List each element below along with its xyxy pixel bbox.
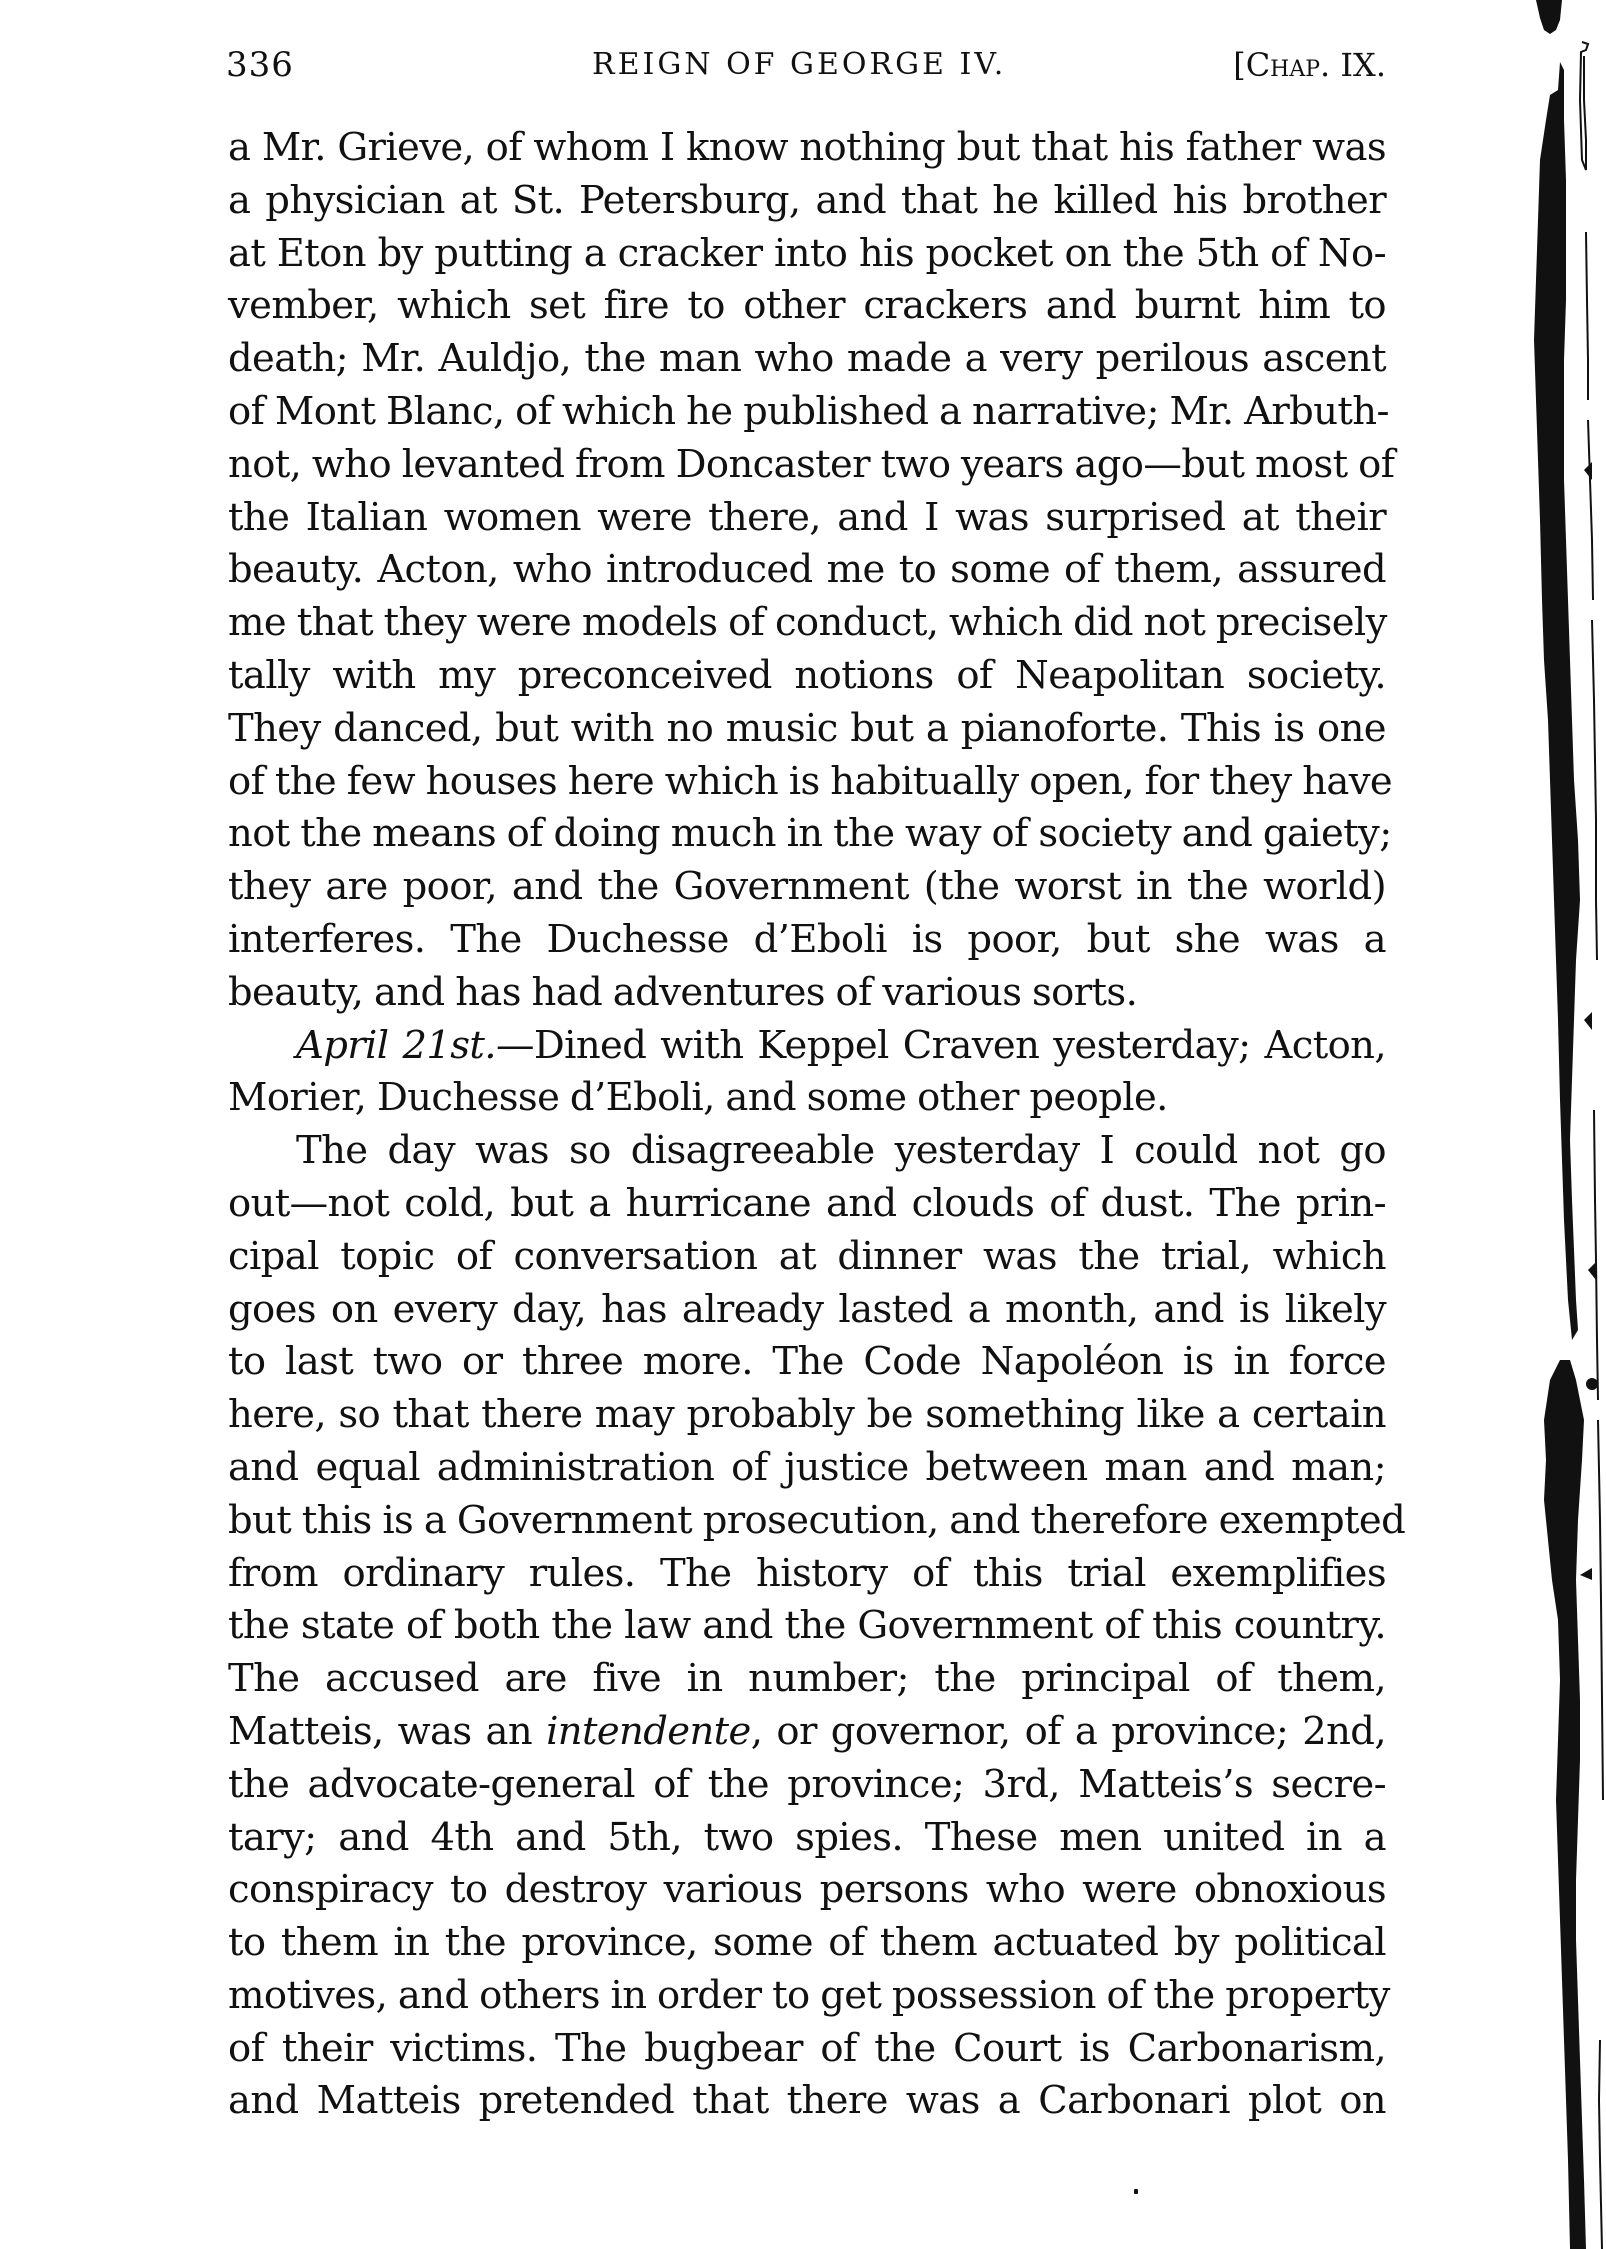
page-number: 336 — [226, 40, 294, 90]
running-title: REIGN OF GEORGE IV. — [592, 40, 1006, 90]
text-line: They danced, but with no music but a pia… — [228, 703, 1386, 756]
paragraph: The day was so disagreeable yesterday I … — [228, 1125, 1386, 2128]
text-line: but this is a Government prosecution, an… — [228, 1495, 1386, 1548]
text-line: to them in the province, some of them ac… — [228, 1917, 1386, 1970]
chapter-label: Chap. — [1246, 46, 1331, 84]
text-line: here, so that there may probably be some… — [228, 1389, 1386, 1442]
text-line: the Italian women were there, and I was … — [228, 492, 1386, 545]
text-line: the advocate-general of the province; 3r… — [228, 1759, 1386, 1812]
chapter-reference: [Chap. IX. — [1233, 40, 1386, 90]
text-line: goes on every day, has already lasted a … — [228, 1284, 1386, 1337]
text-line: at Eton by putting a cracker into his po… — [228, 228, 1386, 281]
diary-entry-april-21: April 21st.—Dined with Keppel Craven yes… — [228, 1020, 1386, 1126]
text-line: beauty, and has had adventures of variou… — [228, 967, 1386, 1020]
text-line: cipal topic of conversation at dinner wa… — [228, 1231, 1386, 1284]
text-line: not, who levanted from Doncaster two yea… — [228, 439, 1386, 492]
italic-term: intendente — [546, 1709, 751, 1754]
text-line: a Mr. Grieve, of whom I know nothing but… — [228, 122, 1386, 175]
text-line: to last two or three more. The Code Napo… — [228, 1336, 1386, 1389]
text-line: from ordinary rules. The history of this… — [228, 1548, 1386, 1601]
text-line: Morier, Duchesse d’Eboli, and some other… — [228, 1072, 1386, 1125]
text-line: The accused are five in number; the prin… — [228, 1653, 1386, 1706]
text-line: of their victims. The bugbear of the Cou… — [228, 2023, 1386, 2076]
text-line: death; Mr. Auldjo, the man who made a ve… — [228, 333, 1386, 386]
text-line: and equal administration of justice betw… — [228, 1442, 1386, 1495]
text-line: they are poor, and the Government (the w… — [228, 861, 1386, 914]
text-line: of Mont Blanc, of which he published a n… — [228, 386, 1386, 439]
text-line: beauty. Acton, who introduced me to some… — [228, 544, 1386, 597]
text-line: and Matteis pretended that there was a C… — [228, 2075, 1386, 2128]
entry-date: April 21st. — [296, 1023, 496, 1068]
running-head: 336 REIGN OF GEORGE IV. [Chap. IX. — [226, 40, 1386, 90]
text-line: vember, which set fire to other crackers… — [228, 280, 1386, 333]
text-line: tary; and 4th and 5th, two spies. These … — [228, 1812, 1386, 1865]
body-text: a Mr. Grieve, of whom I know nothing but… — [228, 122, 1386, 2128]
text-line: interferes. The Duchesse d’Eboli is poor… — [228, 914, 1386, 967]
text-line: conspiracy to destroy various persons wh… — [228, 1864, 1386, 1917]
book-page: 336 REIGN OF GEORGE IV. [Chap. IX. a Mr.… — [0, 0, 1606, 2249]
text-line: tally with my preconceived notions of Ne… — [228, 650, 1386, 703]
chapter-bracket: [ — [1233, 46, 1245, 84]
text-line: me that they were models of conduct, whi… — [228, 597, 1386, 650]
text-line: motives, and others in order to get poss… — [228, 1970, 1386, 2023]
text-line: of the few houses here which is habitual… — [228, 756, 1386, 809]
text-line: out—not cold, but a hurricane and clouds… — [228, 1178, 1386, 1231]
text-line: April 21st.—Dined with Keppel Craven yes… — [228, 1020, 1386, 1073]
text-line: the state of both the law and the Govern… — [228, 1600, 1386, 1653]
text-line: a physician at St. Petersburg, and that … — [228, 175, 1386, 228]
paragraph-continuation: a Mr. Grieve, of whom I know nothing but… — [228, 122, 1386, 1020]
chapter-number: IX. — [1330, 46, 1386, 84]
text-line: Matteis, was an intendente, or governor,… — [228, 1706, 1386, 1759]
text-line: not the means of doing much in the way o… — [228, 808, 1386, 861]
text-line: The day was so disagreeable yesterday I … — [228, 1125, 1386, 1178]
scan-speck — [1134, 2189, 1138, 2194]
binding-shadow — [1500, 0, 1606, 2249]
